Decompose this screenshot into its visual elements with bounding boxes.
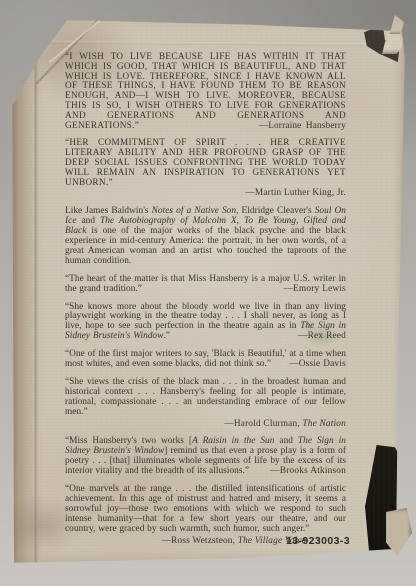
text-segment: is one of the major works of the black p… bbox=[65, 226, 346, 266]
quote-ossie-davis: “One of the first major writers to say, … bbox=[65, 350, 346, 370]
text-segment: —Ross Wetzsteon, bbox=[162, 536, 238, 546]
text-segment: —Brooks Atkinson bbox=[270, 466, 346, 476]
attribution-emory-lewis: —Emory Lewis bbox=[284, 285, 346, 295]
attribution-harold-clurman: —Harold Clurman, The Nation bbox=[65, 420, 346, 430]
text-segment: —Harold Clurman, bbox=[224, 419, 302, 429]
text-segment: —Lorraine Hansberry bbox=[259, 120, 346, 130]
quote-brooks-atkinson: “Miss Hansberry's two works [A Raisin in… bbox=[65, 437, 346, 477]
text-segment: “Miss Hansberry's two works [ bbox=[65, 436, 192, 446]
text-segment: —Ossie Davis bbox=[289, 359, 346, 369]
text-segment: “I WISH TO LIVE BECAUSE LIFE HAS WITHIN … bbox=[65, 51, 346, 130]
quote-ross-wetzsteon: “One marvels at the range . . . the dist… bbox=[65, 485, 346, 535]
attribution-rex-reed: —Rex Reed bbox=[298, 332, 346, 342]
attribution-mlk: —Martin Luther King, Jr. bbox=[65, 189, 346, 199]
text-segment: “She views the crisis of the black man .… bbox=[65, 377, 346, 417]
text-segment: Like James Baldwin's bbox=[65, 206, 152, 216]
publisher-code: 13-923003-3 bbox=[286, 535, 350, 547]
paragraph-blurb: Like James Baldwin's Notes of a Native S… bbox=[65, 207, 346, 266]
text-segment: , Eldridge Cleaver's bbox=[236, 206, 315, 216]
attribution-brooks-atkinson: —Brooks Atkinson bbox=[270, 467, 346, 477]
quote-text: “HER COMMITMENT OF SPIRIT . . . HER CREA… bbox=[65, 137, 346, 186]
photo-of-book-back-cover: { "scene": { "description": "Photograph … bbox=[0, 0, 416, 586]
torn-flap-top-right bbox=[388, 15, 405, 34]
text-segment: The Autobiography of Malcolm X bbox=[100, 216, 237, 226]
text-segment: .” bbox=[164, 331, 171, 341]
text-segment: Notes of a Native Son bbox=[152, 206, 236, 216]
text-segment: —Martin Luther King, Jr. bbox=[245, 188, 346, 198]
text-segment: and bbox=[274, 436, 297, 446]
text-segment: —Emory Lewis bbox=[284, 284, 346, 294]
quote-mlk: “HER COMMITMENT OF SPIRIT . . . HER CREA… bbox=[65, 138, 346, 187]
quote-hansberry: “I WISH TO LIVE BECAUSE LIFE HAS WITHIN … bbox=[65, 52, 346, 130]
quote-text: “I WISH TO LIVE BECAUSE LIFE HAS WITHIN … bbox=[65, 51, 346, 130]
quote-text: “She views the crisis of the black man .… bbox=[65, 377, 346, 417]
text-segment: The Nation bbox=[302, 419, 346, 429]
quote-rex-reed: “She knows more about the bloody world w… bbox=[65, 303, 346, 343]
text-segment: A Raisin in the Sun bbox=[192, 436, 274, 446]
book-back-cover: “I WISH TO LIVE BECAUSE LIFE HAS WITHIN … bbox=[8, 14, 408, 570]
blurb-text: Like James Baldwin's Notes of a Native S… bbox=[65, 206, 346, 266]
text-segment: —Rex Reed bbox=[298, 331, 346, 341]
text-segment: “One marvels at the range . . . the dist… bbox=[65, 484, 346, 534]
quote-harold-clurman: “She views the crisis of the black man .… bbox=[65, 378, 346, 418]
quote-text: “One marvels at the range . . . the dist… bbox=[65, 484, 346, 534]
horizontal-crease bbox=[36, 40, 382, 46]
back-cover-text-column: “I WISH TO LIVE BECAUSE LIFE HAS WITHIN … bbox=[65, 52, 346, 555]
quote-emory-lewis: “The heart of the matter is that Miss Ha… bbox=[65, 275, 346, 295]
attribution-hansberry: —Lorraine Hansberry bbox=[259, 121, 346, 131]
attribution-ossie-davis: —Ossie Davis bbox=[289, 360, 346, 370]
text-segment: “HER COMMITMENT OF SPIRIT . . . HER CREA… bbox=[65, 137, 346, 186]
text-segment: , bbox=[237, 216, 244, 226]
text-segment: and bbox=[77, 216, 101, 226]
